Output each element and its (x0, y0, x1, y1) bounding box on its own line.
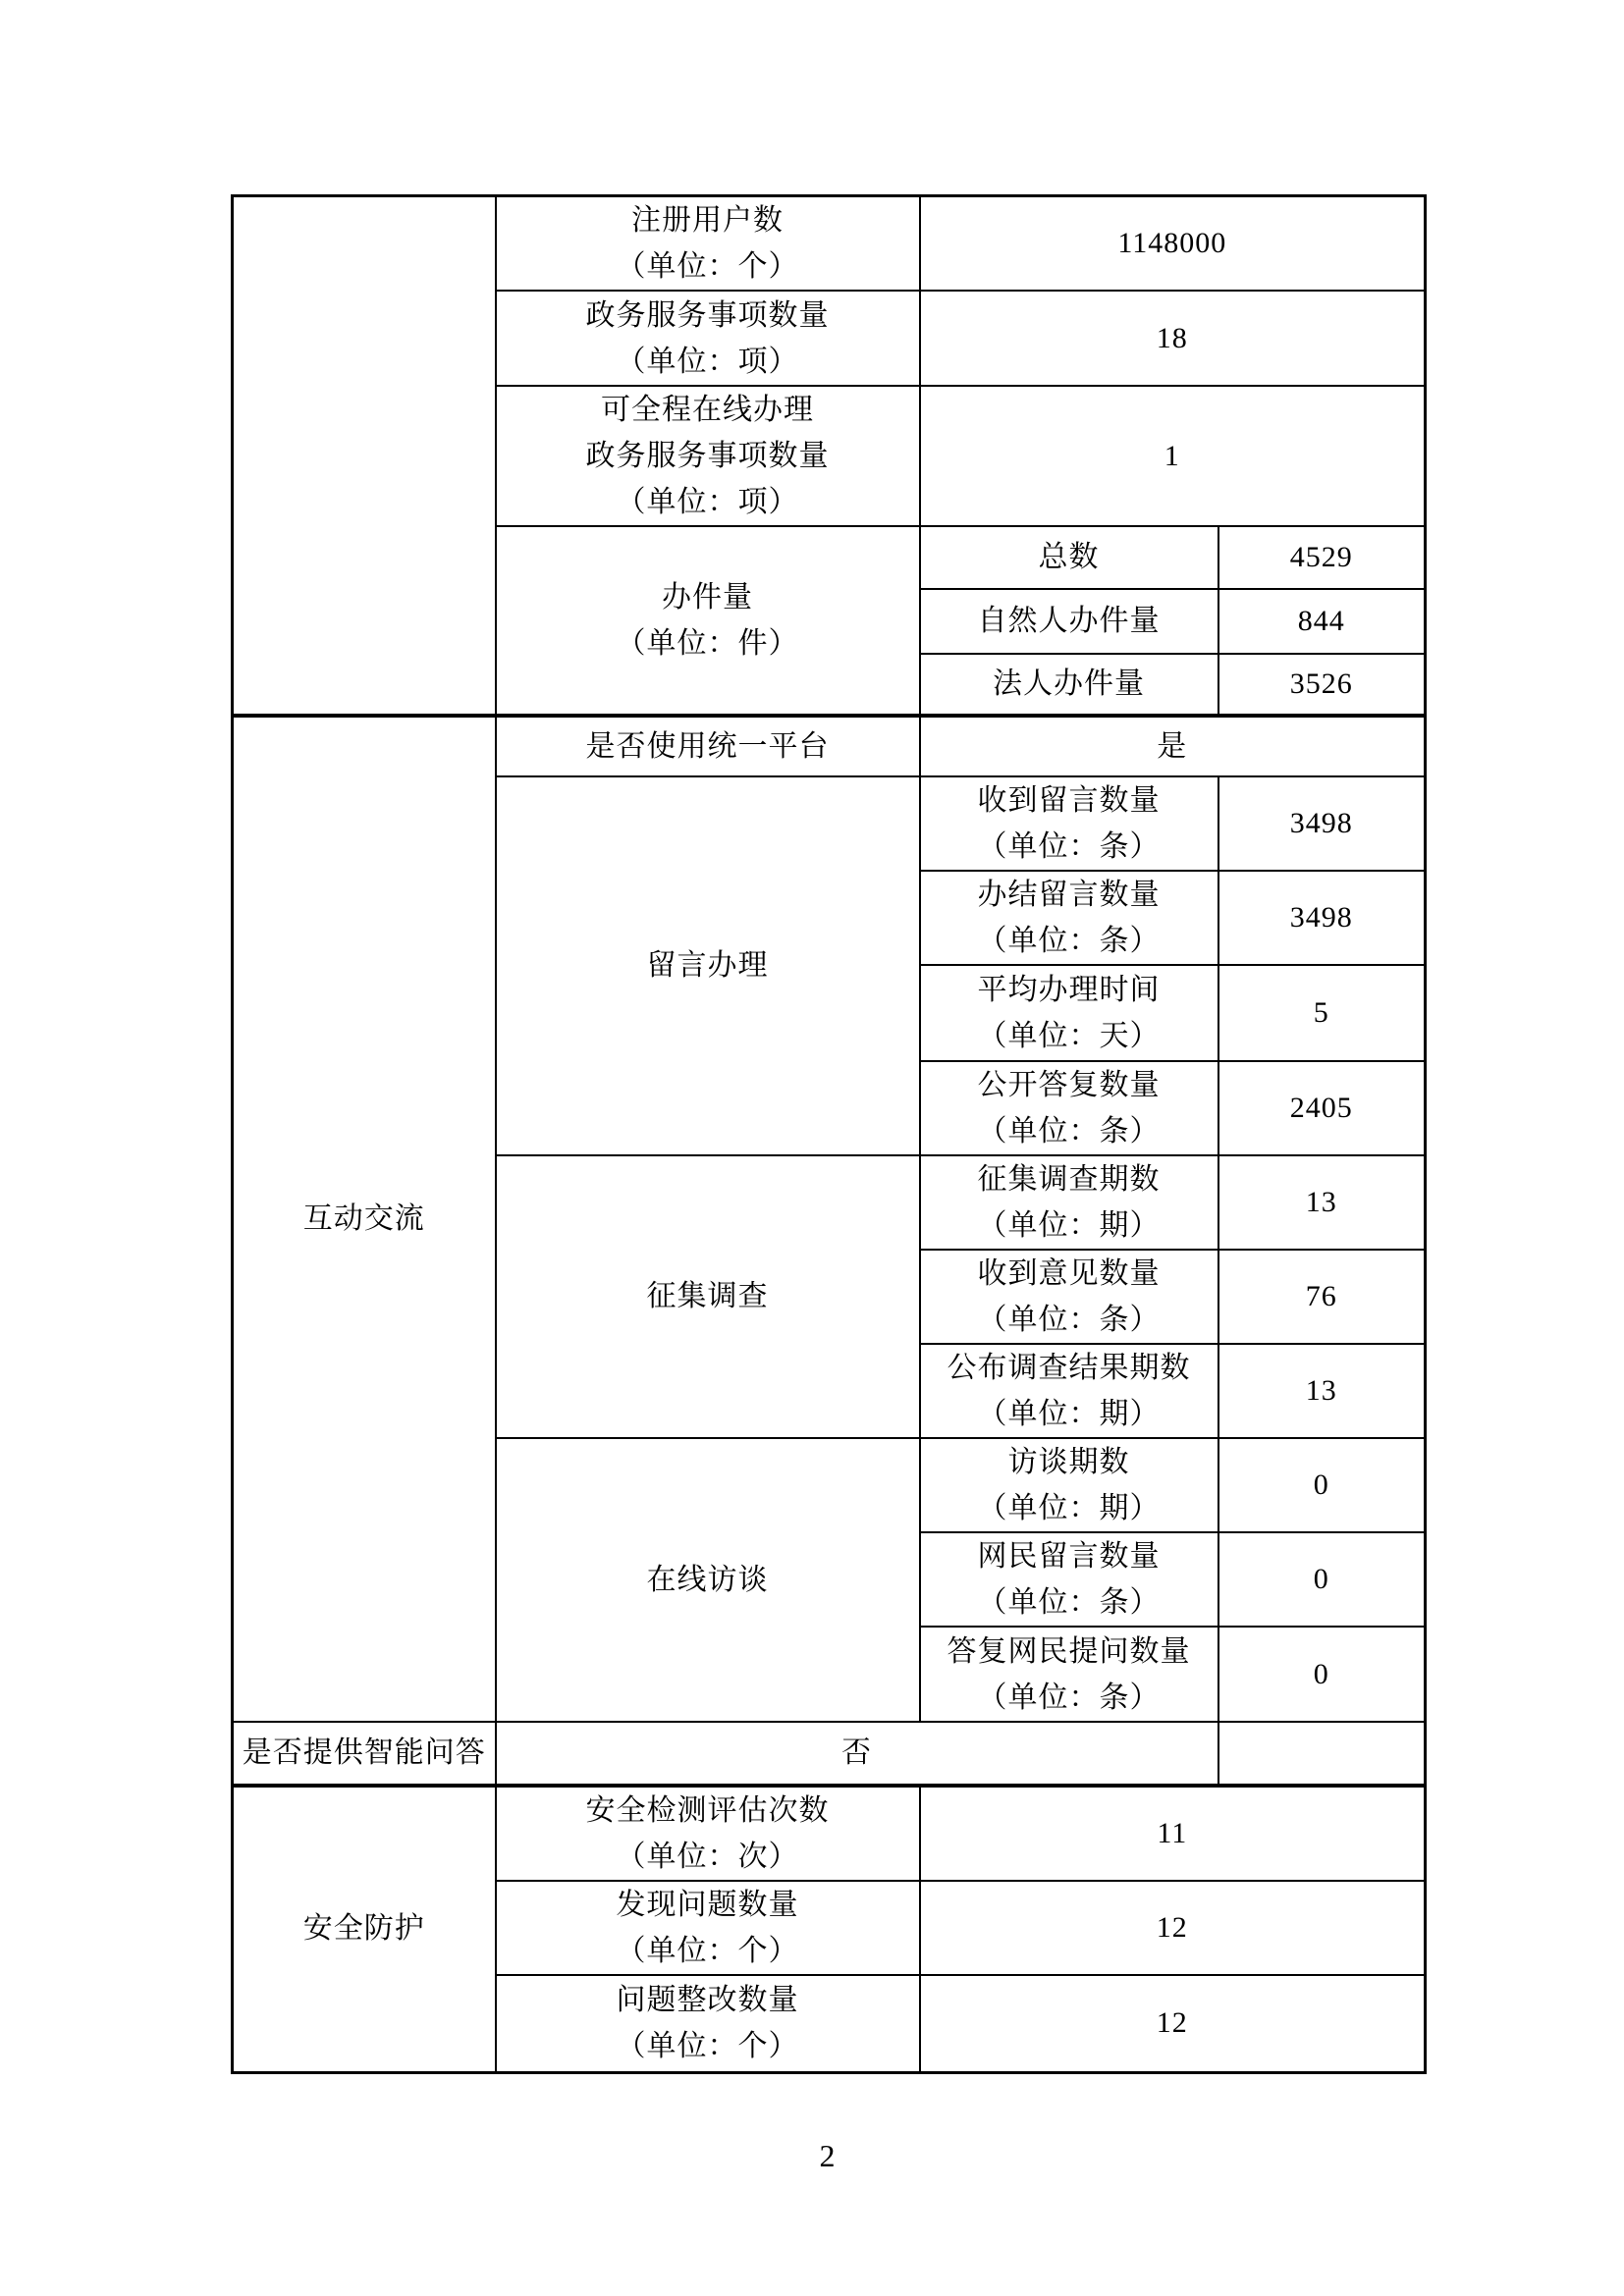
survey-results-label-cell: 公布调查结果期数 （单位：期） (920, 1344, 1218, 1438)
top-section-label-cell (233, 196, 496, 717)
unified-platform-label: 是否使用统一平台 (496, 716, 920, 776)
avg-handling-time-value: 5 (1218, 965, 1426, 1061)
survey-results-label: 公布调查结果期数 (921, 1345, 1218, 1391)
messages-received-label: 收到留言数量 (921, 777, 1218, 824)
interview-issues-label: 访谈期数 (921, 1439, 1218, 1485)
online-service-items-value: 1 (920, 386, 1426, 526)
survey-issues-unit: （单位：期） (921, 1202, 1218, 1249)
messages-received-label-cell: 收到留言数量 （单位：条） (920, 776, 1218, 871)
questions-answered-label: 答复网民提问数量 (921, 1629, 1218, 1675)
problems-found-value: 12 (920, 1881, 1426, 1975)
online-service-items-line1: 可全程在线办理 (497, 387, 919, 433)
security-checks-unit: （单位：次） (497, 1834, 919, 1880)
security-section-label-cell: 安全防护 (233, 1786, 496, 2072)
registered-users-unit: （单位：个） (497, 243, 919, 290)
problems-fixed-unit: （单位：个） (497, 2023, 919, 2069)
table-row: 注册用户数 （单位：个） 1148000 (233, 196, 1426, 292)
opinions-received-unit: （单位：条） (921, 1297, 1218, 1343)
opinions-received-label-cell: 收到意见数量 （单位：条） (920, 1250, 1218, 1344)
page-number: 2 (231, 2138, 1424, 2174)
survey-issues-label: 征集调查期数 (921, 1156, 1218, 1202)
service-items-label: 政务服务事项数量 (497, 293, 919, 339)
messages-resolved-unit: （单位：条） (921, 918, 1218, 964)
messages-resolved-label: 办结留言数量 (921, 872, 1218, 918)
messages-received-value: 3498 (1218, 776, 1426, 871)
security-checks-label-cell: 安全检测评估次数 （单位：次） (496, 1786, 920, 1881)
interview-issues-unit: （单位：期） (921, 1485, 1218, 1531)
online-service-items-label-cell: 可全程在线办理 政务服务事项数量 （单位：项） (496, 386, 920, 526)
interview-issues-value: 0 (1218, 1438, 1426, 1532)
service-items-value: 18 (920, 291, 1426, 386)
problems-fixed-label: 问题整改数量 (497, 1977, 919, 2023)
netizen-messages-label-cell: 网民留言数量 （单位：条） (920, 1532, 1218, 1627)
public-replies-label: 公开答复数量 (921, 1062, 1218, 1108)
survey-results-unit: （单位：期） (921, 1391, 1218, 1437)
survey-issues-value: 13 (1218, 1155, 1426, 1250)
public-replies-label-cell: 公开答复数量 （单位：条） (920, 1061, 1218, 1155)
avg-handling-time-label-cell: 平均办理时间 （单位：天） (920, 965, 1218, 1061)
unified-platform-value: 是 (920, 716, 1426, 776)
messages-resolved-value: 3498 (1218, 871, 1426, 965)
case-volume-label-cell: 办件量 （单位：件） (496, 526, 920, 716)
netizen-messages-unit: （单位：条） (921, 1579, 1218, 1626)
questions-answered-unit: （单位：条） (921, 1675, 1218, 1721)
registered-users-label-cell: 注册用户数 （单位：个） (496, 196, 920, 292)
case-volume-total-value: 4529 (1218, 526, 1426, 589)
opinions-received-value: 76 (1218, 1250, 1426, 1344)
case-volume-legal-value: 3526 (1218, 654, 1426, 716)
case-volume-natural-value: 844 (1218, 589, 1426, 654)
registered-users-value: 1148000 (920, 196, 1426, 292)
avg-handling-time-unit: （单位：天） (921, 1013, 1218, 1059)
table-row: 是否提供智能问答 否 (233, 1722, 1426, 1786)
smart-qa-label: 是否提供智能问答 (233, 1722, 496, 1786)
service-items-unit: （单位：项） (497, 339, 919, 385)
messages-received-unit: （单位：条） (921, 824, 1218, 870)
problems-found-label-cell: 发现问题数量 （单位：个） (496, 1881, 920, 1975)
problems-fixed-label-cell: 问题整改数量 （单位：个） (496, 1975, 920, 2072)
service-items-label-cell: 政务服务事项数量 （单位：项） (496, 291, 920, 386)
online-service-items-line2: 政务服务事项数量 (497, 433, 919, 479)
case-volume-label: 办件量 (497, 574, 919, 620)
case-volume-total-label: 总数 (920, 526, 1218, 589)
avg-handling-time-label: 平均办理时间 (921, 967, 1218, 1013)
table-row: 互动交流 是否使用统一平台 是 (233, 716, 1426, 776)
questions-answered-value: 0 (1218, 1627, 1426, 1722)
netizen-messages-value: 0 (1218, 1532, 1426, 1627)
document-page: 注册用户数 （单位：个） 1148000 政务服务事项数量 （单位：项） 18 … (0, 0, 1624, 2296)
smart-qa-value: 否 (496, 1722, 1218, 1786)
registered-users-label: 注册用户数 (497, 197, 919, 243)
netizen-messages-label: 网民留言数量 (921, 1533, 1218, 1579)
case-volume-natural-label: 自然人办件量 (920, 589, 1218, 654)
questions-answered-label-cell: 答复网民提问数量 （单位：条） (920, 1627, 1218, 1722)
case-volume-unit: （单位：件） (497, 620, 919, 667)
security-checks-value: 11 (920, 1786, 1426, 1881)
survey-issues-label-cell: 征集调查期数 （单位：期） (920, 1155, 1218, 1250)
public-replies-unit: （单位：条） (921, 1108, 1218, 1154)
interview-issues-label-cell: 访谈期数 （单位：期） (920, 1438, 1218, 1532)
interaction-section-label-cell: 互动交流 (233, 716, 496, 1722)
messages-resolved-label-cell: 办结留言数量 （单位：条） (920, 871, 1218, 965)
problems-found-unit: （单位：个） (497, 1928, 919, 1974)
problems-found-label: 发现问题数量 (497, 1882, 919, 1928)
survey-label-cell: 征集调查 (496, 1155, 920, 1438)
message-handling-label-cell: 留言办理 (496, 776, 920, 1155)
case-volume-legal-label: 法人办件量 (920, 654, 1218, 716)
public-replies-value: 2405 (1218, 1061, 1426, 1155)
report-table: 注册用户数 （单位：个） 1148000 政务服务事项数量 （单位：项） 18 … (231, 194, 1427, 2074)
online-interview-label-cell: 在线访谈 (496, 1438, 920, 1722)
problems-fixed-value: 12 (920, 1975, 1426, 2072)
survey-results-value: 13 (1218, 1344, 1426, 1438)
security-checks-label: 安全检测评估次数 (497, 1788, 919, 1834)
table-row: 安全防护 安全检测评估次数 （单位：次） 11 (233, 1786, 1426, 1881)
online-service-items-unit: （单位：项） (497, 479, 919, 525)
opinions-received-label: 收到意见数量 (921, 1251, 1218, 1297)
